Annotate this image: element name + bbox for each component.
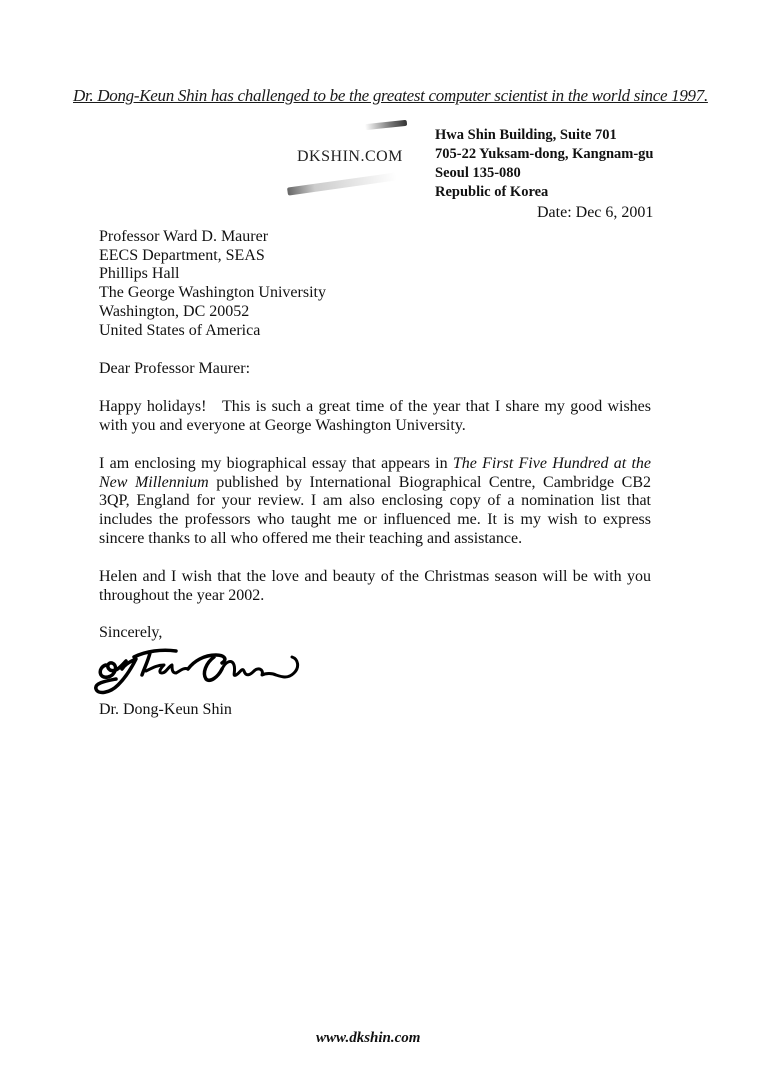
address-line: Seoul 135-080: [435, 164, 654, 183]
logo-text: DKSHIN.COM: [297, 148, 403, 166]
letter-date: Date: Dec 6, 2001: [537, 204, 653, 222]
paragraph-enclosure: I am enclosing my biographical essay tha…: [99, 455, 651, 549]
recipient-line: Washington, DC 20052: [99, 303, 326, 322]
recipient-line: Professor Ward D. Maurer: [99, 228, 326, 247]
logo: DKSHIN.COM: [285, 118, 425, 208]
recipient-line: Phillips Hall: [99, 265, 326, 284]
footer-url[interactable]: www.dkshin.com: [316, 1030, 420, 1047]
recipient-line: EECS Department, SEAS: [99, 247, 326, 266]
address-line: Hwa Shin Building, Suite 701: [435, 126, 654, 145]
address-line: Republic of Korea: [435, 183, 654, 202]
paragraph-text: I am enclosing my biographical essay tha…: [99, 455, 453, 472]
paragraph-greeting: Happy holidays! This is such a great tim…: [99, 398, 651, 435]
signature-icon: [92, 643, 322, 699]
salutation: Dear Professor Maurer:: [99, 360, 250, 378]
recipient-line: The George Washington University: [99, 284, 326, 303]
recipient-address: Professor Ward D. Maurer EECS Department…: [99, 228, 326, 340]
signer-name: Dr. Dong-Keun Shin: [99, 701, 232, 719]
logo-stroke-icon: [365, 120, 407, 130]
address-line: 705-22 Yuksam-dong, Kangnam-gu: [435, 145, 654, 164]
closing: Sincerely,: [99, 624, 162, 642]
tagline: Dr. Dong-Keun Shin has challenged to be …: [73, 86, 693, 106]
recipient-line: United States of America: [99, 322, 326, 341]
paragraph-wishes: Helen and I wish that the love and beaut…: [99, 568, 651, 605]
sender-address: Hwa Shin Building, Suite 701 705-22 Yuks…: [435, 126, 654, 202]
logo-smudge-icon: [287, 172, 397, 195]
